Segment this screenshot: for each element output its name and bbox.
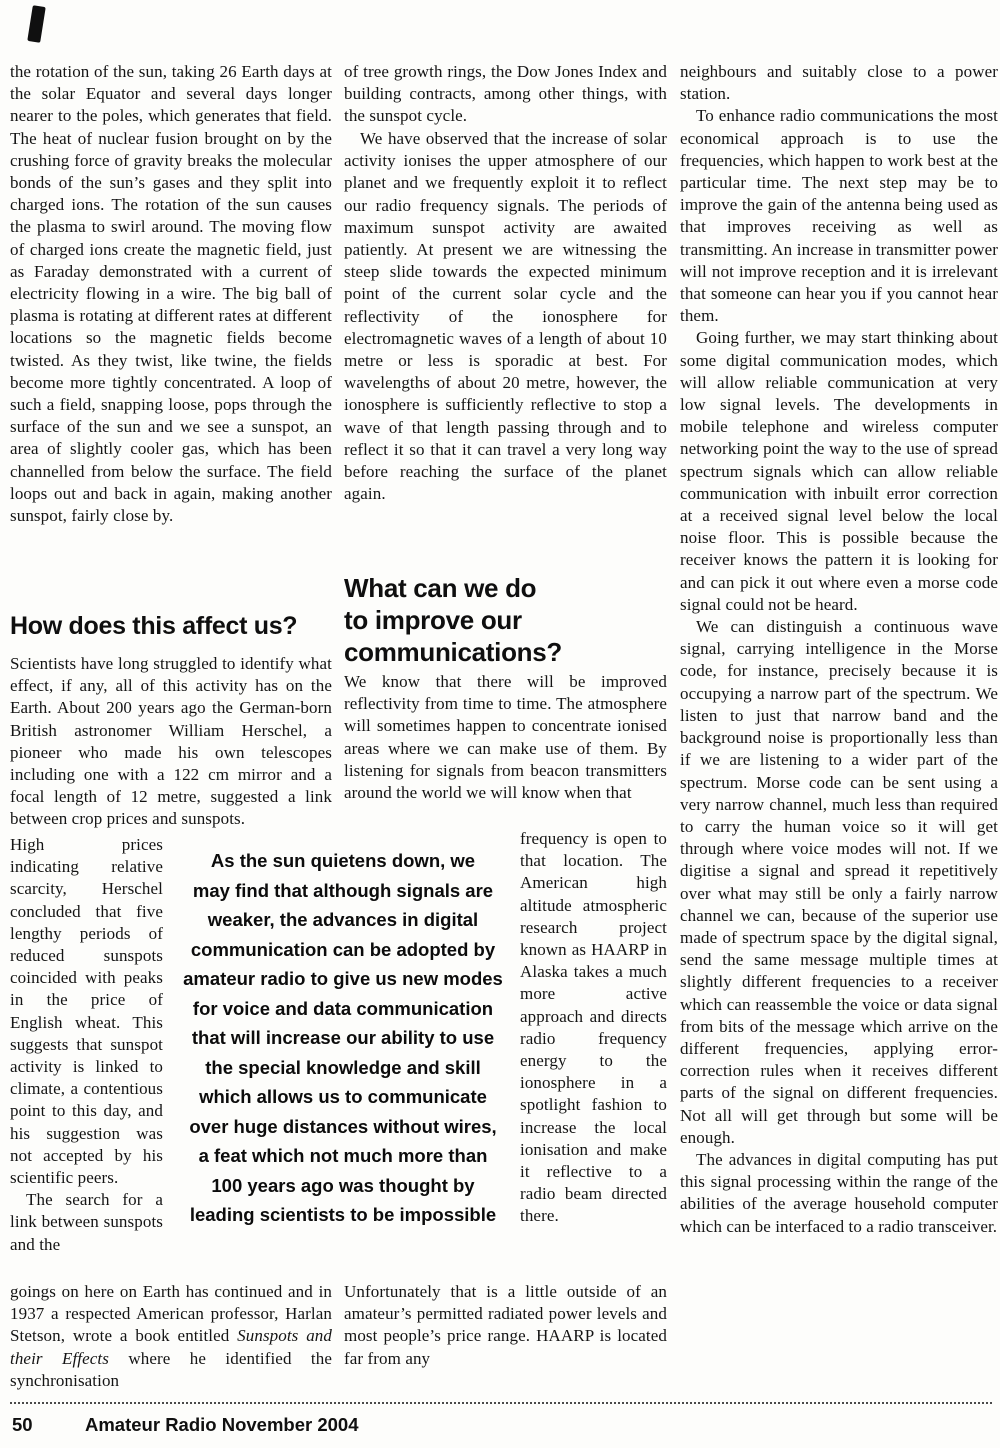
section-heading-what-can-we-do: What can we do to improve our communicat… — [344, 572, 562, 668]
body-paragraph: Going further, we may start thinking abo… — [680, 327, 998, 616]
footer-rule — [10, 1402, 992, 1404]
body-paragraph: The advances in digital computing has pu… — [680, 1149, 998, 1238]
body-paragraph: We can distinguish a continuous wave sig… — [680, 616, 998, 1149]
magazine-title: Amateur Radio November 2004 — [85, 1414, 359, 1436]
magazine-page: the rotation of the sun, taking 26 Earth… — [0, 0, 1000, 1448]
body-paragraph: Unfortunately that is a little outside o… — [344, 1281, 667, 1370]
body-paragraph: goings on here on Earth has continued an… — [10, 1281, 332, 1392]
body-paragraph: High prices indicating relative scarcity… — [10, 834, 163, 1189]
body-paragraph: of tree growth rings, the Dow Jones Inde… — [344, 61, 667, 128]
body-paragraph: neighbours and suitably close to a power… — [680, 61, 998, 105]
page-number: 50 — [12, 1414, 33, 1436]
body-paragraph: The search for a link between sunspots a… — [10, 1189, 163, 1256]
body-paragraph: To enhance radio communications the most… — [680, 105, 998, 327]
column-3: neighbours and suitably close to a power… — [680, 61, 998, 1238]
narrow-wrap-block: High prices indicating relative scarcity… — [10, 834, 163, 1256]
narrow-wrap-block: frequency is open to that location. The … — [520, 828, 667, 1228]
body-paragraph: Scientists have long struggled to identi… — [10, 653, 332, 831]
section-heading-how-does-this-affect-us: How does this affect us? — [10, 610, 297, 642]
body-paragraph: the rotation of the sun, taking 26 Earth… — [10, 61, 332, 527]
pull-quote: As the sun quietens down, we may find th… — [163, 846, 523, 1230]
body-paragraph: We know that there will be improved refl… — [344, 671, 667, 804]
body-paragraph: We have observed that the increase of so… — [344, 128, 667, 505]
